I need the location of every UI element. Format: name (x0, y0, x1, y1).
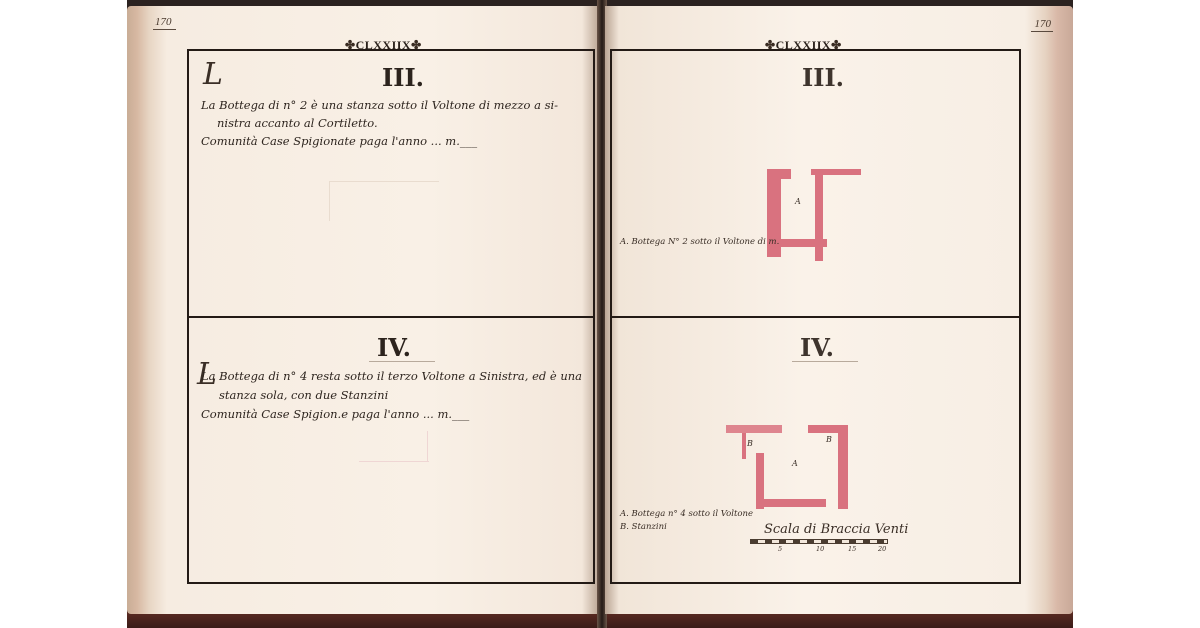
right-page-frame: III. A A. Bottega N° 2 sotto il Voltone … (610, 49, 1021, 584)
plan-legend: A. Bottega n° 4 sotto il Voltone (620, 509, 753, 519)
scale-tick: 5 (778, 545, 782, 553)
scale-tick: 10 (816, 545, 824, 553)
description-line: stanza sola, con due Stanzini (219, 388, 388, 402)
description-line: La Bottega di n° 4 resta sotto il terzo … (201, 369, 582, 383)
rent-line: Comunità Case Spigionate paga l'anno ...… (201, 134, 477, 148)
scale-title: Scala di Braccia Venti (764, 522, 908, 537)
section-divider (189, 316, 593, 318)
section-numeral: IV. (800, 333, 834, 362)
plan-label-a: A (795, 197, 801, 206)
right-folio-number: 170 (1031, 18, 1054, 32)
section-numeral: III. (382, 63, 424, 92)
floor-plan-iii: A (767, 169, 862, 261)
plan-label-a: A (792, 459, 798, 468)
left-page: 170 ✤CLXXIIX✤ L III. La Bottega di n° 2 … (127, 6, 599, 614)
section-numeral: III. (802, 63, 844, 92)
plan-legend: A. Bottega N° 2 sotto il Voltone di m. (620, 237, 779, 247)
show-through-trace (359, 461, 429, 462)
right-page: 170 ✤CLXXIIX✤ III. A A. Bottega N° 2 sot… (605, 6, 1073, 614)
left-folio-number: 170 (153, 16, 176, 30)
numeral-underline (792, 361, 858, 362)
scale-tick: 15 (848, 545, 856, 553)
manuscript-scan: 170 ✤CLXXIIX✤ L III. La Bottega di n° 2 … (127, 0, 1073, 628)
plan-legend: B. Stanzini (620, 522, 667, 532)
description-line: nistra accanto al Cortiletto. (217, 116, 378, 130)
section-divider (612, 316, 1019, 318)
floor-plan-iv: B B A (726, 425, 856, 511)
scale-tick: 20 (878, 545, 886, 553)
plan-label-b: B (747, 439, 753, 448)
decorated-initial: L (203, 57, 223, 92)
description-line: La Bottega di n° 2 è una stanza sotto il… (201, 98, 558, 112)
show-through-trace (329, 181, 330, 221)
scale-bar (750, 539, 888, 544)
left-page-frame: L III. La Bottega di n° 2 è una stanza s… (187, 49, 595, 584)
rent-line: Comunità Case Spigion.e paga l'anno ... … (201, 407, 469, 421)
section-numeral: IV. (377, 333, 411, 362)
show-through-trace (329, 181, 439, 182)
show-through-trace (427, 431, 428, 461)
numeral-underline (369, 361, 435, 362)
plan-label-b: B (826, 435, 832, 444)
